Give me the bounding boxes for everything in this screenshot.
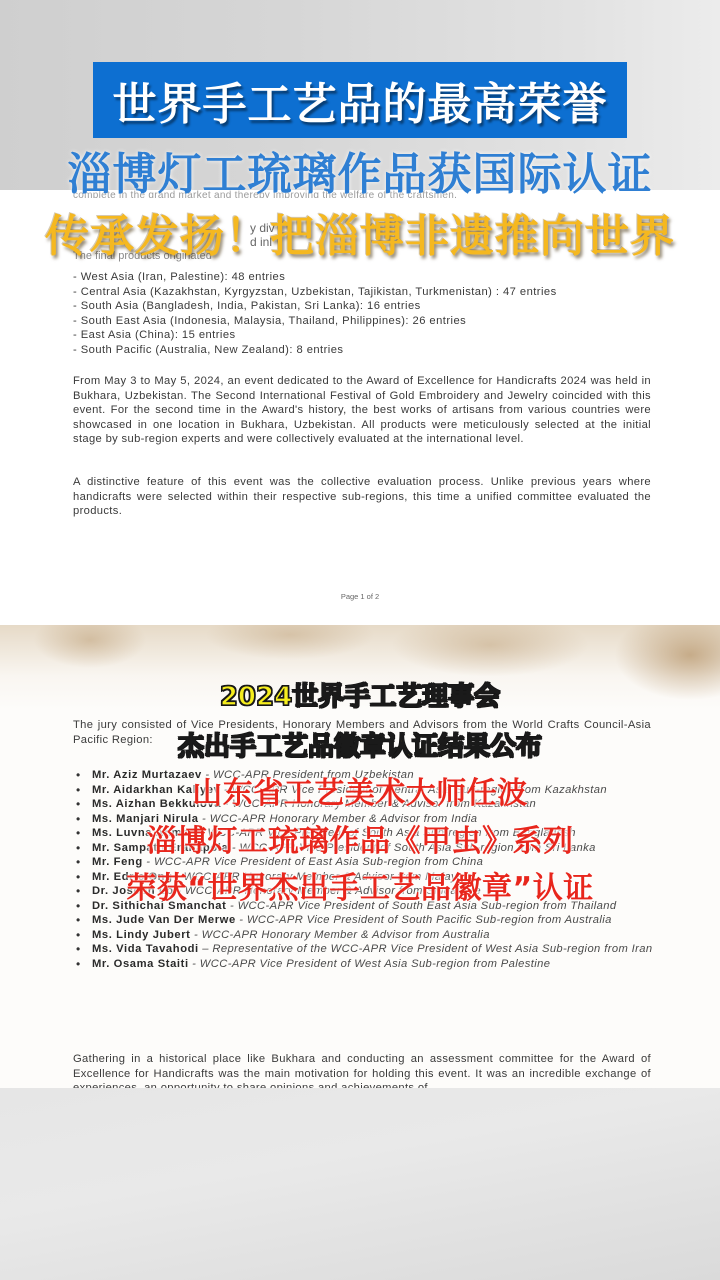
caption-results: 杰出手工艺品徽章认证结果公布 xyxy=(0,726,720,763)
bottom-background xyxy=(0,1088,720,1280)
region-entry: - South Asia (Bangladesh, India, Pakista… xyxy=(73,299,653,314)
slogan-text: 传承发扬！把淄博非遗推向世界 xyxy=(0,200,720,264)
closing-paragraph: Gathering in a historical place like Buk… xyxy=(73,1052,651,1088)
page-number: Page 1 of 2 xyxy=(0,592,720,601)
jury-role: - WCC-APR Honorary Member & Advisor from… xyxy=(191,929,490,941)
caption-master: 山东省工艺美术大师任波 xyxy=(0,768,720,812)
jury-member: Ms. Jude Van Der Merwe - WCC-APR Vice Pr… xyxy=(73,913,653,928)
jury-name: Mr. Osama Staiti xyxy=(92,958,189,970)
region-entry: - South Pacific (Australia, New Zealand)… xyxy=(73,343,653,358)
jury-role: – Representative of the WCC-APR Vice Pre… xyxy=(199,943,653,955)
region-entry: - West Asia (Iran, Palestine): 48 entrie… xyxy=(73,270,653,285)
caption-award: 荣获“世界杰出手工艺品徽章”认证 xyxy=(0,863,720,907)
caption-work-series: 淄博灯工琉璃作品《甲虫》系列 xyxy=(0,816,720,860)
event-paragraph: From May 3 to May 5, 2024, an event dedi… xyxy=(73,374,651,447)
jury-member: Ms. Lindy Jubert - WCC-APR Honorary Memb… xyxy=(73,928,653,943)
jury-role: - WCC-APR Vice President of South Pacifi… xyxy=(236,914,612,926)
jury-name: Ms. Jude Van Der Merwe xyxy=(92,914,236,926)
banner-title: 世界手工艺品的最高荣誉 xyxy=(113,68,608,132)
subtitle-text: 淄博灯工琉璃作品获国际认证 xyxy=(0,138,720,202)
caption-council: 2024世界手工艺理事会 xyxy=(0,676,720,713)
title-banner: 世界手工艺品的最高荣誉 xyxy=(93,62,627,138)
jury-role: - WCC-APR Vice President of West Asia Su… xyxy=(189,958,551,970)
region-entry: - Central Asia (Kazakhstan, Kyrgyzstan, … xyxy=(73,285,653,300)
region-entry: - East Asia (China): 15 entries xyxy=(73,328,653,343)
jury-member: Ms. Vida Tavahodi – Representative of th… xyxy=(73,942,653,957)
region-entries-list: - West Asia (Iran, Palestine): 48 entrie… xyxy=(73,270,653,358)
region-entry: - South East Asia (Indonesia, Malaysia, … xyxy=(73,314,653,329)
jury-name: Ms. Vida Tavahodi xyxy=(92,943,199,955)
jury-name: Ms. Lindy Jubert xyxy=(92,929,191,941)
evaluation-paragraph: A distinctive feature of this event was … xyxy=(73,475,651,519)
jury-member: Mr. Osama Staiti - WCC-APR Vice Presiden… xyxy=(73,957,653,972)
